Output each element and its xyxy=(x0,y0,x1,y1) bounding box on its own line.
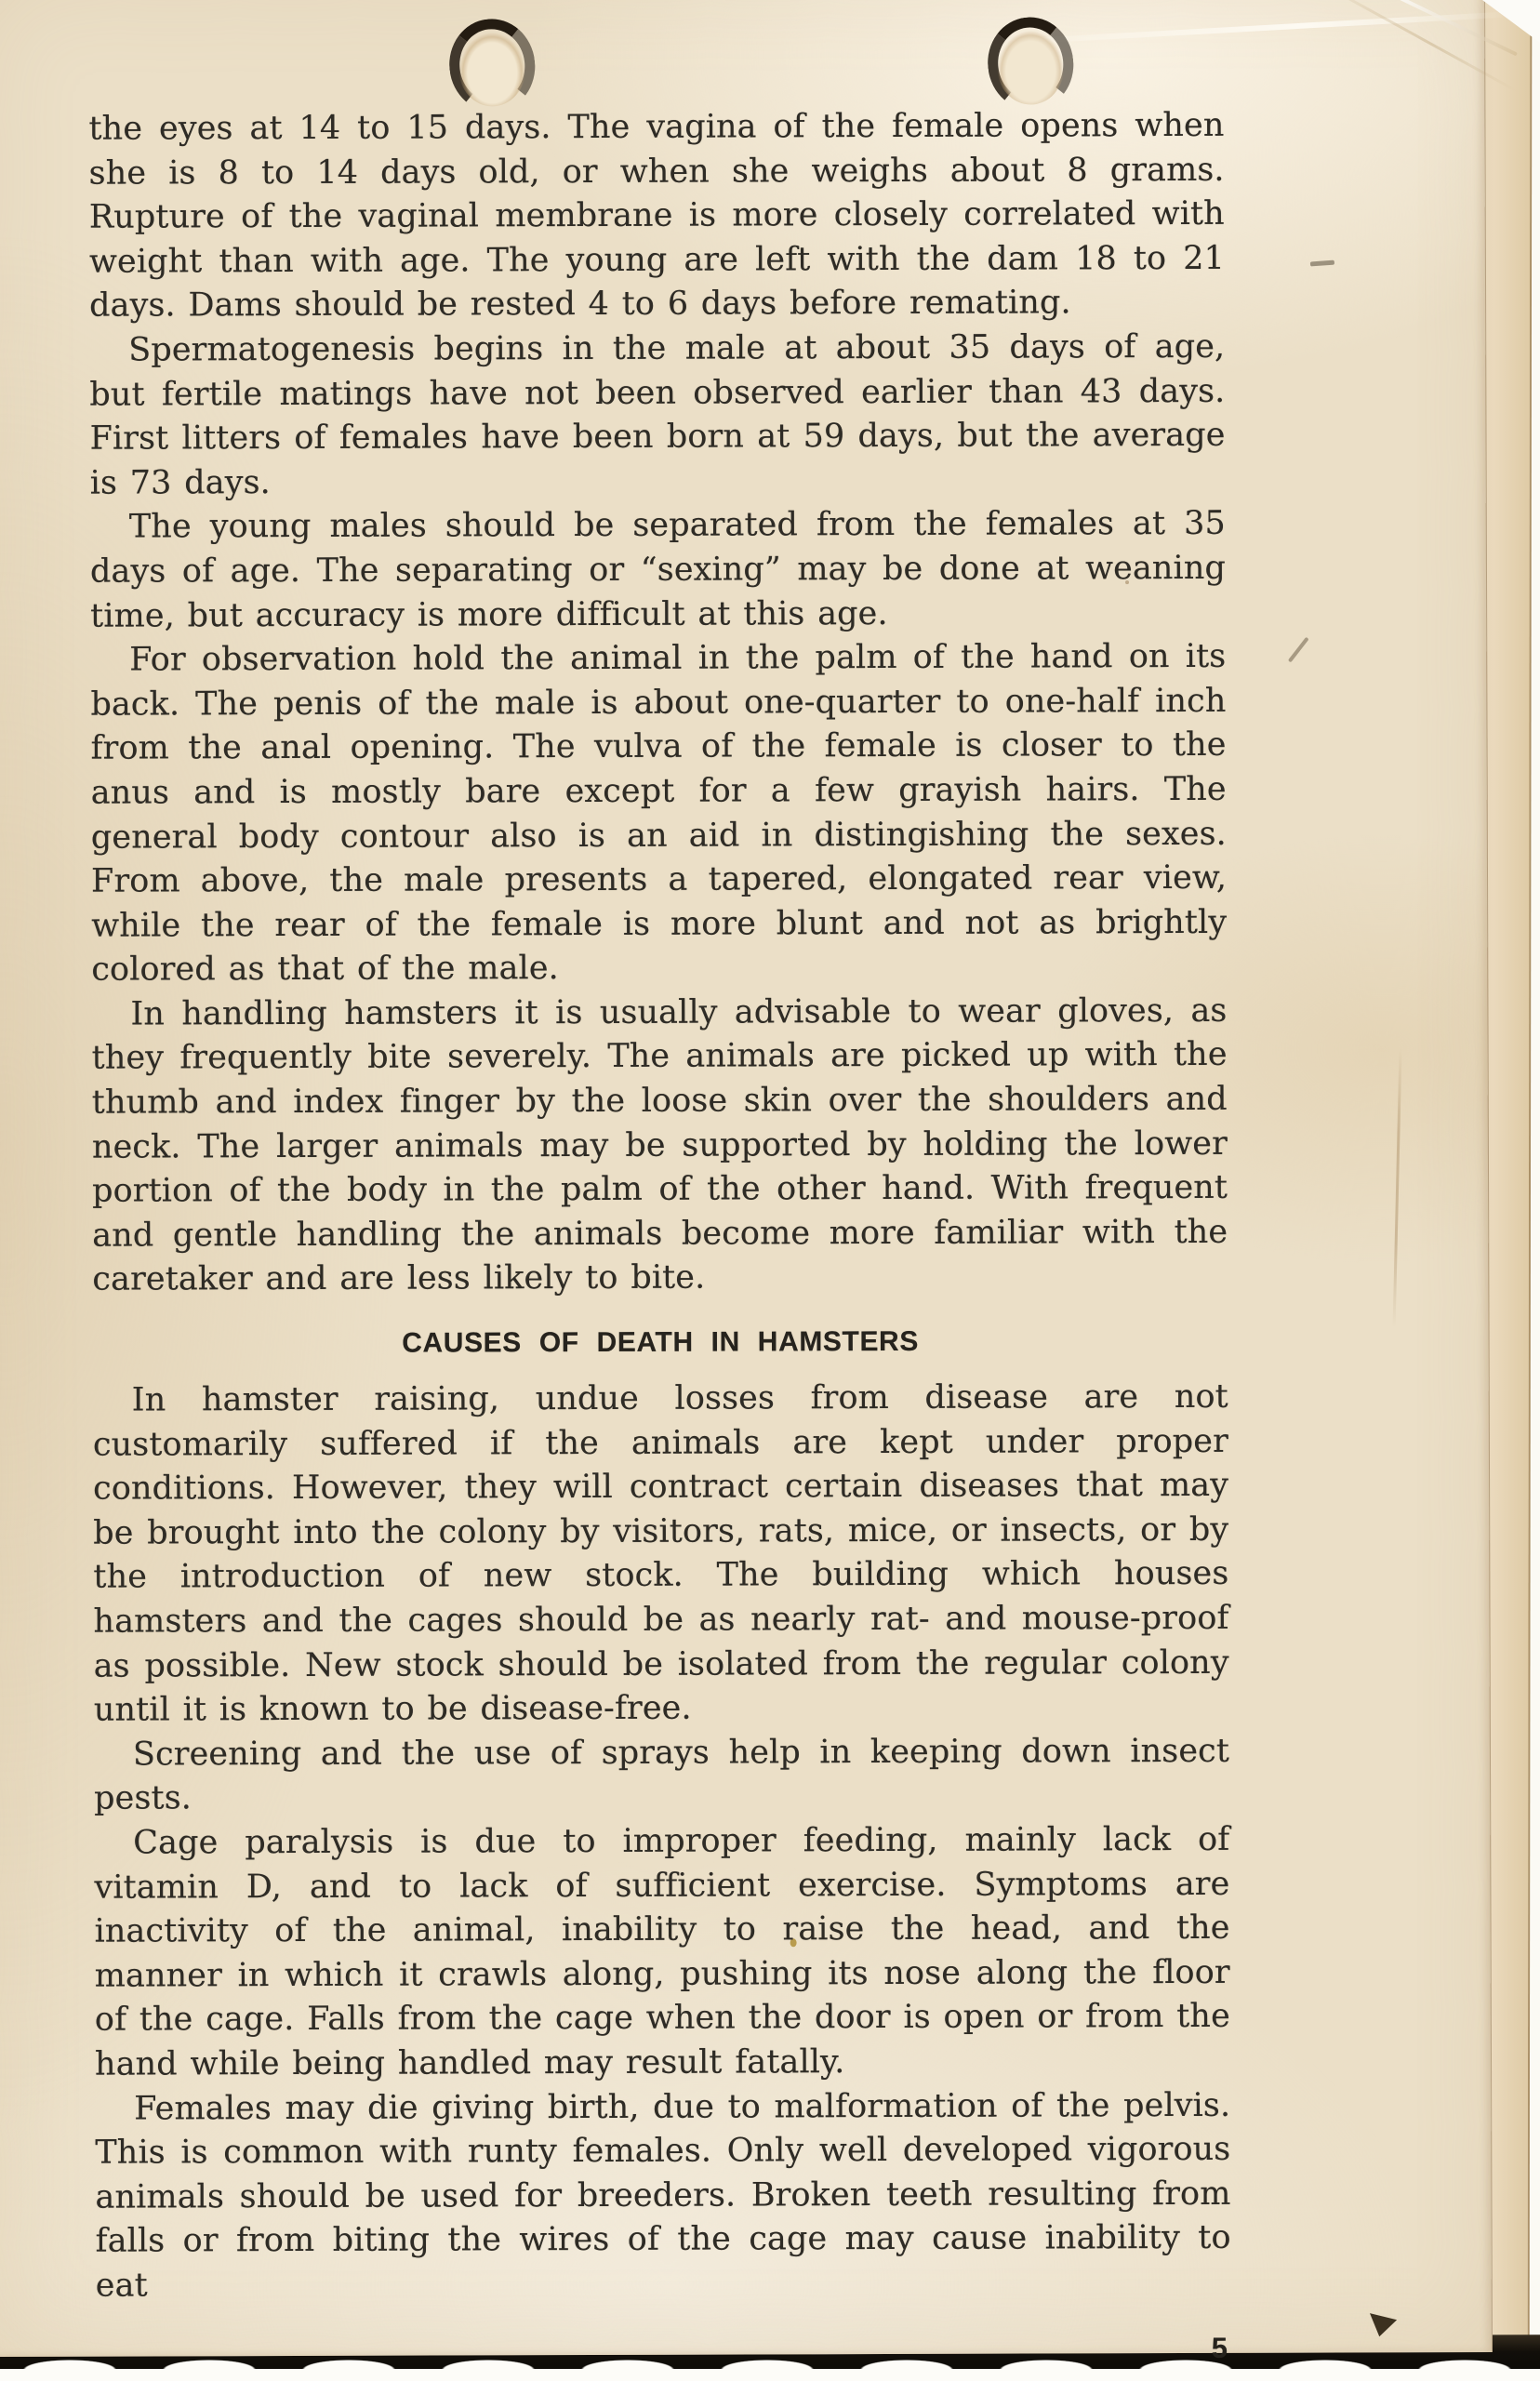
margin-mark-tick xyxy=(1288,637,1309,663)
margin-mark-dash xyxy=(1310,260,1334,267)
paper-tear-bottom-right xyxy=(1365,2313,1397,2340)
paragraph: Females may die giving birth, due to mal… xyxy=(95,2083,1231,2308)
paragraph: In hamster raising, undue losses from di… xyxy=(93,1376,1229,1734)
section-heading: CAUSES OF DEATH IN HAMSTERS xyxy=(93,1325,1228,1361)
paragraph: In handling hamsters it is usually advis… xyxy=(91,990,1228,1303)
paragraph: Spermatogenesis begins in the male at ab… xyxy=(89,326,1226,506)
punch-hole-left xyxy=(449,19,535,112)
scanned-page: the eyes at 14 to 15 days. The vagina of… xyxy=(0,0,1493,2357)
paragraph: The young males should be separated from… xyxy=(90,502,1226,639)
vertical-crease xyxy=(1393,1048,1402,1327)
scan-bottom-wave xyxy=(0,2369,1540,2381)
paragraph: For observation hold the animal in the p… xyxy=(90,635,1227,993)
paragraph: the eyes at 14 to 15 days. The vagina of… xyxy=(88,104,1225,329)
punch-hole-right xyxy=(988,17,1073,110)
paragraph: Cage paralysis is due to improper feedin… xyxy=(94,1818,1230,2087)
text-column: the eyes at 14 to 15 days. The vagina of… xyxy=(88,104,1231,2368)
paragraph: Screening and the use of sprays help in … xyxy=(94,1730,1229,1822)
scan-background: the eyes at 14 to 15 days. The vagina of… xyxy=(0,0,1540,2381)
